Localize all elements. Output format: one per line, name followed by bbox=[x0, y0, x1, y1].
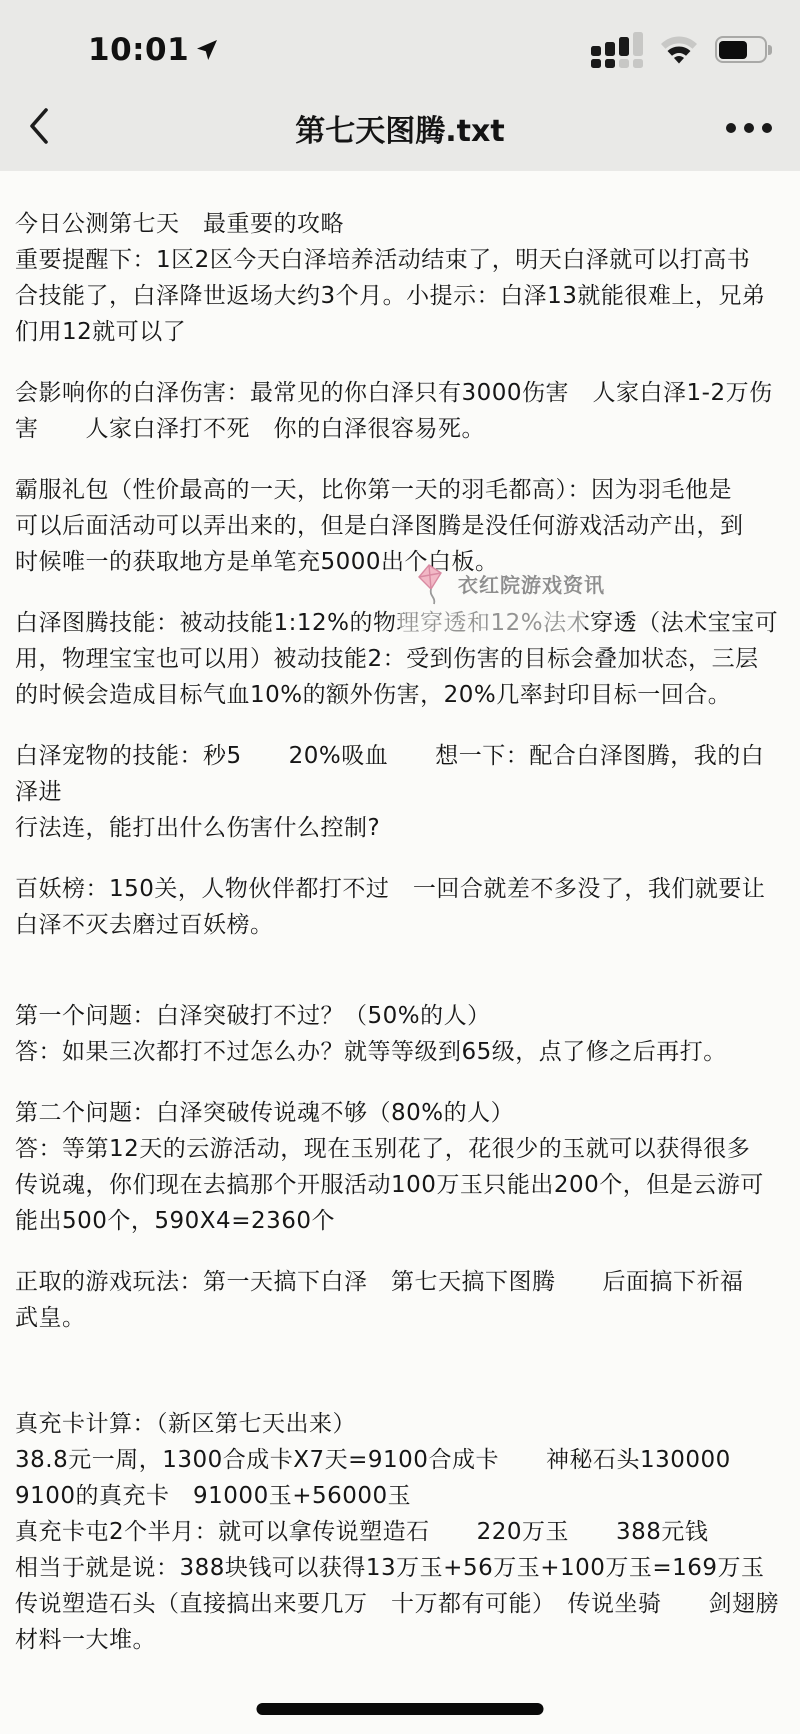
chevron-left-icon bbox=[28, 107, 50, 149]
cellular-signal-icon bbox=[591, 32, 643, 68]
status-time-group: 10:01 bbox=[88, 32, 219, 68]
ellipsis-icon bbox=[726, 123, 736, 133]
header: 10:01 bbox=[0, 0, 800, 171]
home-indicator[interactable] bbox=[257, 1703, 544, 1715]
back-button[interactable] bbox=[28, 103, 68, 153]
status-time: 10:01 bbox=[88, 32, 189, 68]
paragraph-intro: 今日公测第七天 最重要的攻略 重要提醒下：1区2区今天白泽培养活动结束了，明天白… bbox=[15, 206, 785, 350]
document-scroll-area[interactable]: 今日公测第七天 最重要的攻略 重要提醒下：1区2区今天白泽培养活动结束了，明天白… bbox=[0, 171, 800, 1658]
location-arrow-icon bbox=[195, 38, 219, 62]
paragraph-play-order: 正取的游戏玩法：第一天搞下白泽 第七天搞下图腾 后面搞下祈福 武皇。 bbox=[15, 1264, 785, 1336]
nav-bar: 第七天图腾.txt bbox=[0, 85, 800, 171]
paragraph-question1: 第一个问题：白泽突破打不过？（50%的人） 答：如果三次都打不过怎么办？就等等级… bbox=[15, 998, 785, 1070]
more-button[interactable] bbox=[726, 103, 772, 153]
paragraph-question2: 第二个问题：白泽突破传说魂不够（80%的人） 答：等第12天的云游活动，现在玉别… bbox=[15, 1095, 785, 1239]
wifi-icon bbox=[658, 34, 700, 66]
paragraph-pet-skills: 白泽宠物的技能：秒5 20%吸血 想一下：配合白泽图腾，我的白泽进 行法连，能打… bbox=[15, 738, 785, 846]
paragraph-totem-skills: 白泽图腾技能：被动技能1:12%的物理穿透和12%法术穿透（法术宝宝可 用，物理… bbox=[15, 605, 785, 713]
paragraph-card-calc: 真充卡计算：（新区第七天出来） 38.8元一周，1300合成卡X7天=9100合… bbox=[15, 1406, 785, 1658]
battery-icon bbox=[715, 36, 773, 63]
paragraph-gift-pack: 霸服礼包（性价最高的一天，比你第一天的羽毛都高）：因为羽毛他是 可以后面活动可以… bbox=[15, 472, 785, 580]
status-bar: 10:01 bbox=[0, 0, 800, 85]
paragraph-baiyao-rank: 百妖榜：150关，人物伙伴都打不过 一回合就差不多没了，我们就要让 白泽不灭去磨… bbox=[15, 871, 785, 943]
page-title: 第七天图腾.txt bbox=[0, 106, 800, 150]
paragraph-damage: 会影响你的白泽伤害：最常见的你白泽只有3000伤害 人家白泽1-2万伤 害 人家… bbox=[15, 375, 785, 447]
status-icons bbox=[591, 32, 773, 68]
